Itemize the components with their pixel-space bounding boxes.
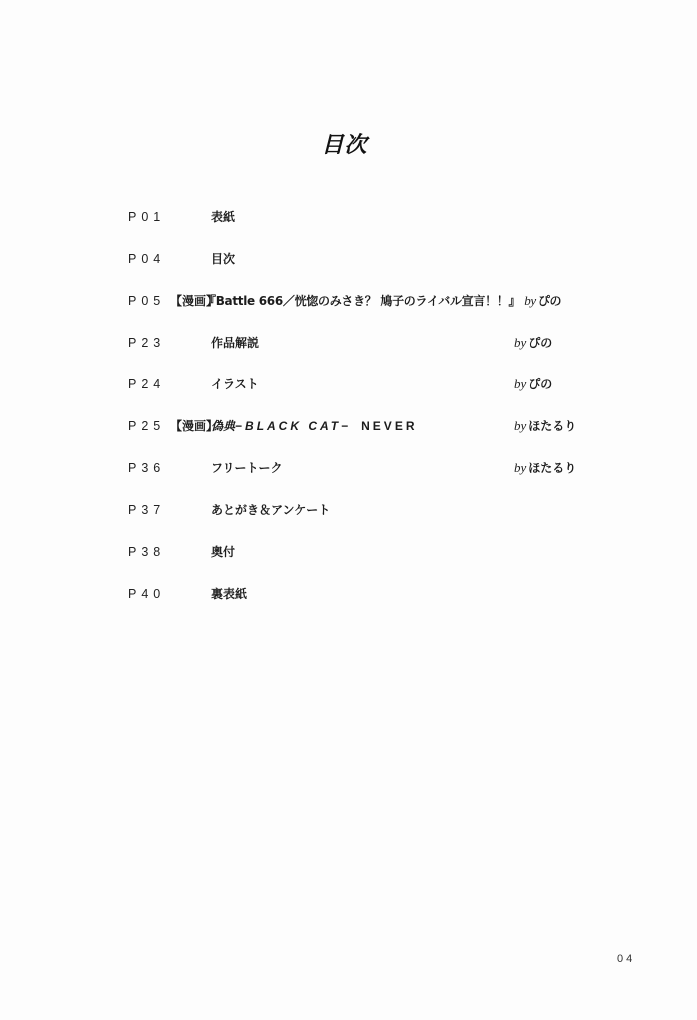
toc-entry: 奥付 xyxy=(211,543,235,561)
toc-page-number: P04 xyxy=(128,250,165,268)
toc-entry: 裏表紙 xyxy=(211,585,247,603)
toc-entry-title: 『Battle 666／恍惚のみさき？ 鳩子のライバル宣言！！』 xyxy=(204,294,520,308)
toc-author: ぴの xyxy=(528,336,552,350)
toc-entry: フリートーク xyxy=(211,459,283,477)
toc-entry: 作品解説 xyxy=(211,334,259,352)
toc-page-number: P01 xyxy=(128,208,165,226)
toc-by-label: by xyxy=(514,376,526,391)
toc-author-credit: byぴの xyxy=(514,334,552,352)
toc-row: P25 【漫画】 偽典−BLACK CAT−NEVER byほたるり xyxy=(128,417,588,435)
toc-row: P04 目次 xyxy=(128,250,588,268)
toc-page-number: P38 xyxy=(128,543,165,561)
toc-page-number: P23 xyxy=(128,334,165,352)
toc-entry: 目次 xyxy=(211,250,235,268)
toc-entry-suffix: NEVER xyxy=(361,419,417,433)
toc-row: P36 フリートーク byほたるり xyxy=(128,459,588,477)
toc-row: P05 【漫画】 『Battle 666／恍惚のみさき？ 鳩子のライバル宣言！！… xyxy=(128,292,588,310)
toc-author: ほたるり xyxy=(528,461,576,475)
toc-author: ぴの xyxy=(538,294,561,308)
toc-by-label: by xyxy=(514,335,526,350)
toc-page-number: P24 xyxy=(128,375,165,393)
toc-row: P23 作品解説 byぴの xyxy=(128,334,588,352)
toc-entry: 『Battle 666／恍惚のみさき？ 鳩子のライバル宣言！！』byぴの xyxy=(204,292,561,310)
toc-page-number: P05 xyxy=(128,292,165,310)
toc-author: ぴの xyxy=(528,377,552,391)
toc-page-number: P40 xyxy=(128,585,165,603)
toc-page-number: P37 xyxy=(128,501,165,519)
toc-by-label: by xyxy=(524,293,536,308)
toc-by-label: by xyxy=(514,460,526,475)
toc-author-credit: byほたるり xyxy=(514,417,576,435)
toc-entry: 偽典−BLACK CAT−NEVER xyxy=(211,417,417,435)
toc-author: ほたるり xyxy=(528,419,576,433)
toc-row: P38 奥付 xyxy=(128,543,588,561)
toc-row: P01 表紙 xyxy=(128,208,588,226)
toc-row: P24 イラスト byぴの xyxy=(128,375,588,393)
toc-by-label: by xyxy=(514,418,526,433)
toc-entry: イラスト xyxy=(211,375,259,393)
page-number-folio: 04 xyxy=(617,953,635,965)
toc-entry-kanji: 偽典 xyxy=(211,419,235,433)
toc-author-credit: byほたるり xyxy=(514,459,576,477)
toc-entry: 表紙 xyxy=(211,208,235,226)
toc-page-number: P25 xyxy=(128,417,165,435)
toc-page-number: P36 xyxy=(128,459,165,477)
toc-author-credit: byぴの xyxy=(514,375,552,393)
toc-entry: あとがき＆アンケート xyxy=(211,501,330,519)
toc-row: P37 あとがき＆アンケート xyxy=(128,501,588,519)
toc-entry-title: −BLACK CAT− xyxy=(235,419,351,433)
page-title: 目次 xyxy=(0,128,693,159)
toc-row: P40 裏表紙 xyxy=(128,585,588,603)
